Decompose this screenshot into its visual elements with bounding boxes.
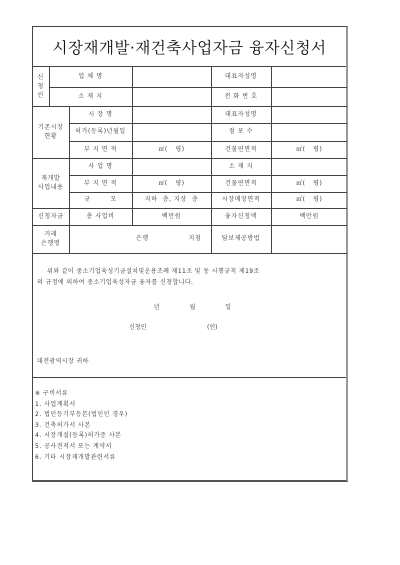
form-table: 신 청 인 업 체 명 대표자성명 소 재 지 전 화 번 호 기존시장 현황 … [33, 67, 347, 254]
scale-field[interactable]: 지하 층, 지상 층 [132, 192, 211, 208]
funds-group-label: 신청자금 [33, 208, 69, 225]
site-area-label: 부 지 면 적 [69, 141, 132, 158]
permit-date-label: 허가(등록)년월일 [69, 123, 132, 141]
company-name-label: 업 체 명 [49, 67, 132, 87]
representative-name-field[interactable] [271, 67, 347, 87]
project-address-label: 소 재 지 [211, 158, 271, 175]
document-item: 1. 사업계획서 [35, 400, 128, 411]
phone-field[interactable] [271, 87, 347, 106]
address-label: 소 재 지 [49, 87, 132, 106]
market-name-field[interactable] [132, 106, 211, 123]
application-statement: 위와 같이 중소기업육성기금설치및운용조례 제11조 및 동 시행규칙 제19조… [33, 253, 346, 378]
collateral-method-field[interactable] [271, 225, 347, 253]
required-documents-header: ※ 구비서류 [35, 389, 128, 400]
project-name-label: 사 업 명 [69, 158, 132, 175]
loan-amount-label: 융자신청액 [211, 208, 271, 225]
loan-amount-field[interactable]: 백만원 [271, 208, 347, 225]
document-item: 3. 건축허가서 사본 [35, 421, 128, 432]
company-name-field[interactable] [132, 67, 211, 87]
store-count-label: 점 포 수 [211, 123, 271, 141]
representative-name-label: 대표자성명 [211, 67, 271, 87]
seal-mark: (인) [207, 322, 217, 331]
bank-branch-field[interactable]: 은행 지점 [69, 225, 211, 253]
document-item: 4. 시장개설(등록)허가증 사본 [35, 431, 128, 442]
document-item: 6. 기타 시장재개발관련서류 [35, 453, 128, 464]
redevelopment-group-label: 재개발 사업내용 [33, 158, 69, 208]
scale-label: 규 모 [69, 192, 132, 208]
bank-suffix: 은행 [79, 235, 149, 243]
site-area-field[interactable]: ㎡( 평) [132, 141, 211, 158]
statement-paragraph: 위와 같이 중소기업육성기금설치및운용조례 제11조 및 동 시행규칙 제19조… [37, 266, 337, 288]
permit-date-field[interactable] [132, 123, 211, 141]
date-line: 년 월 일 [33, 302, 346, 311]
address-field[interactable] [132, 87, 211, 106]
statement-line-1: 위와 같이 중소기업육성기금설치및운용조례 제11조 및 동 시행규칙 제19조 [37, 266, 337, 277]
applicant-group-label: 신 청 인 [33, 67, 49, 106]
collateral-method-label: 담보제공방법 [211, 225, 271, 253]
total-cost-field[interactable]: 백만원 [132, 208, 211, 225]
phone-label: 전 화 번 호 [211, 87, 271, 106]
statement-line-2: 의 규정에 의하여 중소기업육성자금 융자를 신청합니다. [37, 279, 193, 286]
bank-group-label: 거래 은행명 [33, 225, 69, 253]
floor-area-field[interactable]: ㎡( 평) [271, 141, 347, 158]
market-representative-label: 대표자성명 [211, 106, 271, 123]
floor-area-label: 건물연면적 [211, 141, 271, 158]
project-site-area-label: 부 지 면 적 [69, 175, 132, 192]
document-item: 2. 법인등기부등본(법인인 경우) [35, 410, 128, 421]
market-floor-area-field[interactable]: ㎡( 평) [271, 192, 347, 208]
project-floor-area-field[interactable]: ㎡( 평) [271, 175, 347, 192]
branch-suffix: 지점 [151, 235, 201, 243]
project-address-field[interactable] [271, 158, 347, 175]
market-floor-area-label: 시장매장면적 [211, 192, 271, 208]
required-documents: ※ 구비서류 1. 사업계획서 2. 법인등기부등본(법인인 경우) 3. 건축… [35, 389, 128, 463]
application-form: 시장재개발·재건축사업자금 융자신청서 신 청 인 업 체 명 대표자성명 소 … [32, 26, 348, 482]
form-title: 시장재개발·재건축사업자금 융자신청서 [33, 27, 346, 67]
project-name-field[interactable] [132, 158, 211, 175]
project-site-area-field[interactable]: ㎡( 평) [132, 175, 211, 192]
project-floor-area-label: 건물연면적 [211, 175, 271, 192]
document-item: 5. 공사견적서 또는 계약서 [35, 442, 128, 453]
existing-market-group-label: 기존시장 현황 [33, 106, 69, 158]
store-count-field[interactable] [271, 123, 347, 141]
applicant-signature-label: 신청인 [129, 322, 146, 331]
addressee: 대전광역시장 귀하 [37, 356, 89, 365]
market-representative-field[interactable] [271, 106, 347, 123]
total-cost-label: 총 사업비 [69, 208, 132, 225]
market-name-label: 시 장 명 [69, 106, 132, 123]
